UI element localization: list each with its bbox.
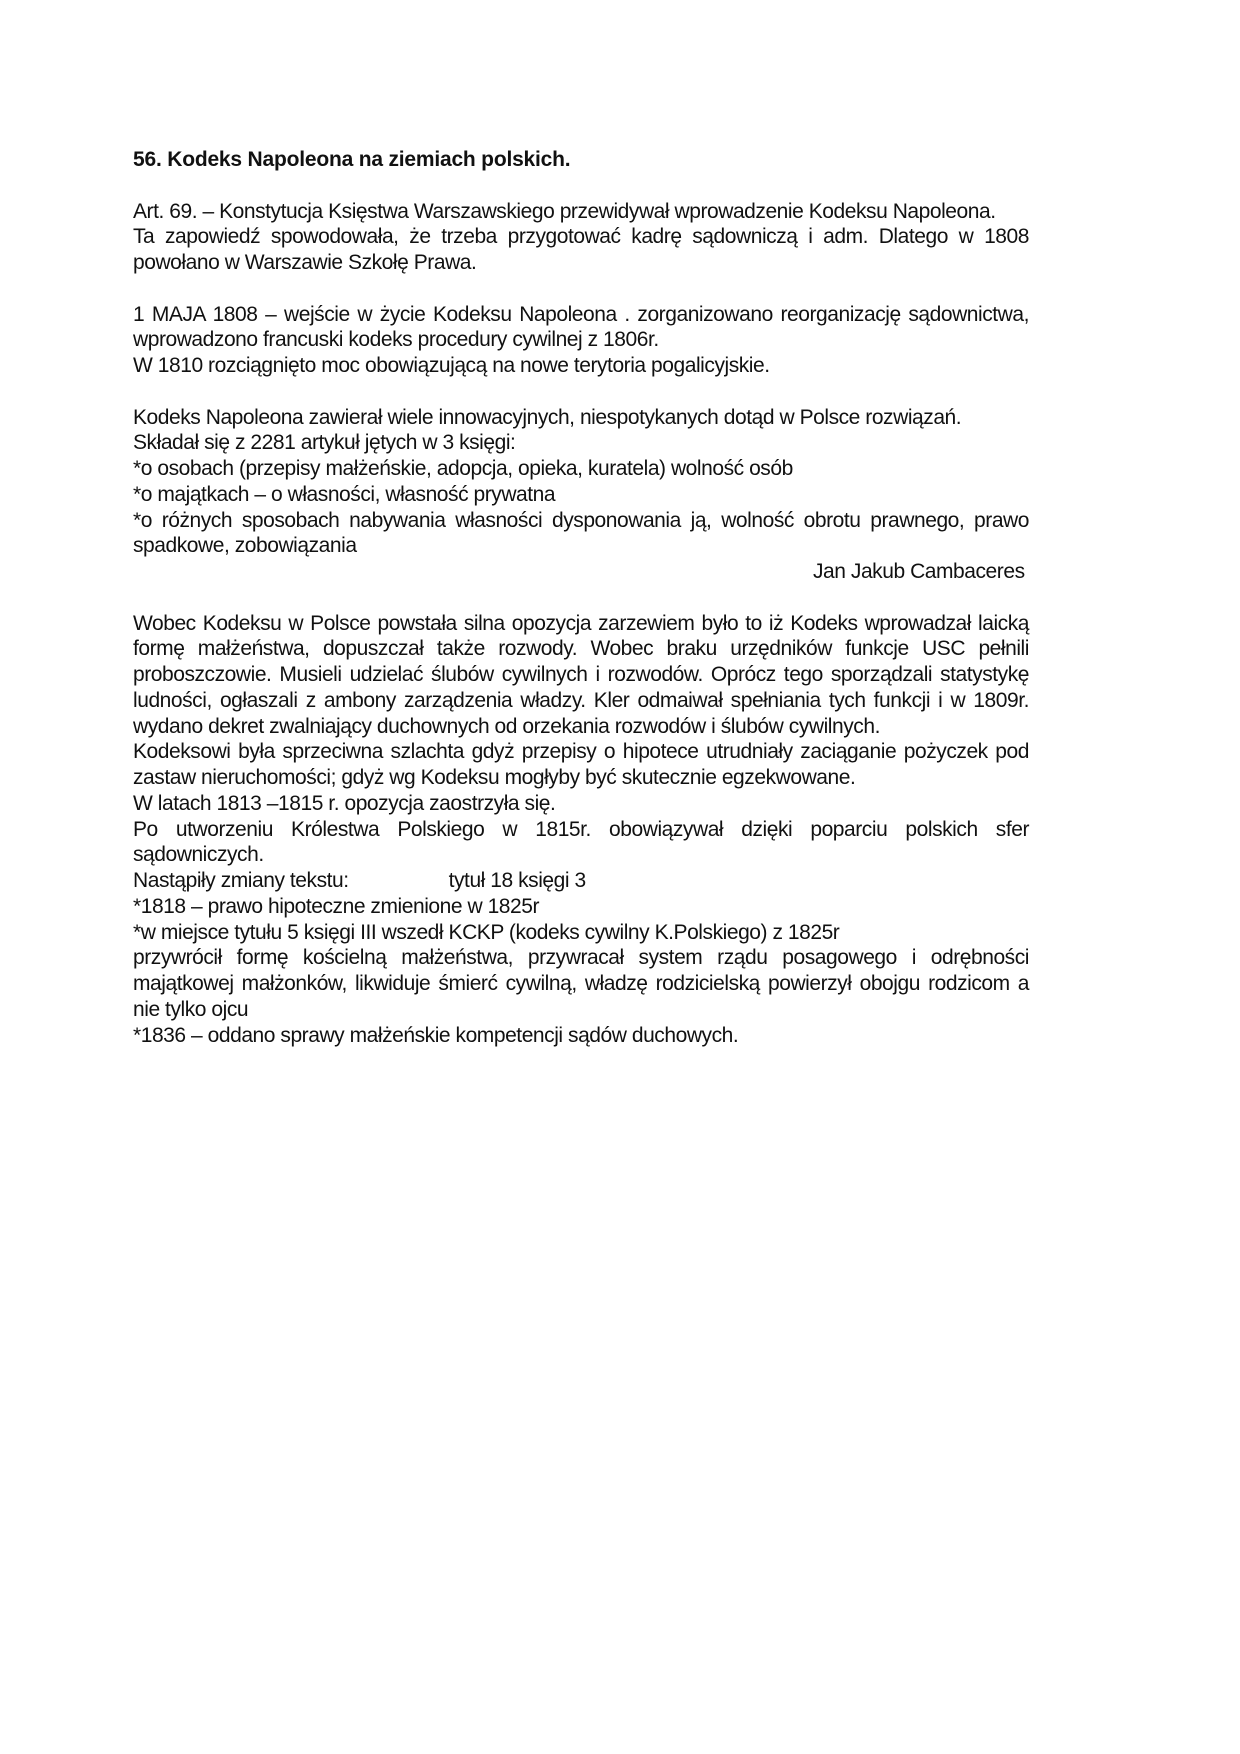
list-item-acquisition: *o różnych sposobach nabywania własności… (133, 508, 1029, 560)
paragraph-kingdom: Po utworzeniu Królestwa Polskiego w 1815… (133, 817, 1029, 869)
changes-label: Nastąpiły zmiany tekstu: (133, 869, 349, 892)
author-attribution: Jan Jakub Cambaceres (133, 559, 1029, 585)
spacer (133, 379, 1029, 405)
paragraph-innovations: Kodeks Napoleona zawierał wiele innowacy… (133, 405, 1029, 431)
document-page: 56. Kodeks Napoleona na ziemiach polskic… (133, 147, 1029, 1048)
change-item-kckp: *w miejsce tytułu 5 księgi III wszedł KC… (133, 920, 1029, 946)
change-item-1836: *1836 – oddano sprawy małżeńskie kompete… (133, 1023, 1029, 1049)
list-item-persons: *o osobach (przepisy małżeńskie, adopcja… (133, 456, 1029, 482)
paragraph-kckp-details: przywrócił formę kościelną małżeństwa, p… (133, 945, 1029, 1022)
list-item-property: *o majątkach – o własności, własność pry… (133, 482, 1029, 508)
spacer (133, 585, 1029, 611)
paragraph-art-69: Art. 69. – Konstytucja Księstwa Warszaws… (133, 199, 1029, 225)
paragraph-1810: W 1810 rozciągnięto moc obowiązującą na … (133, 353, 1029, 379)
paragraph-nobility: Kodeksowi była sprzeciwna szlachta gdyż … (133, 739, 1029, 791)
paragraph-may-1808: 1 MAJA 1808 – wejście w życie Kodeksu Na… (133, 302, 1029, 354)
spacer (133, 276, 1029, 302)
changes-line: Nastąpiły zmiany tekstu:tytuł 18 księgi … (133, 868, 1029, 894)
paragraph-1813-1815: W latach 1813 –1815 r. opozycja zaostrzy… (133, 791, 1029, 817)
changes-value: tytuł 18 księgi 3 (449, 869, 586, 892)
paragraph-law-school: Ta zapowiedź spowodowała, że trzeba przy… (133, 224, 1029, 276)
document-title: 56. Kodeks Napoleona na ziemiach polskic… (133, 147, 1029, 173)
change-item-1818: *1818 – prawo hipoteczne zmienione w 182… (133, 894, 1029, 920)
paragraph-opposition: Wobec Kodeksu w Polsce powstała silna op… (133, 611, 1029, 740)
paragraph-structure: Składał się z 2281 artykuł jętych w 3 ks… (133, 430, 1029, 456)
